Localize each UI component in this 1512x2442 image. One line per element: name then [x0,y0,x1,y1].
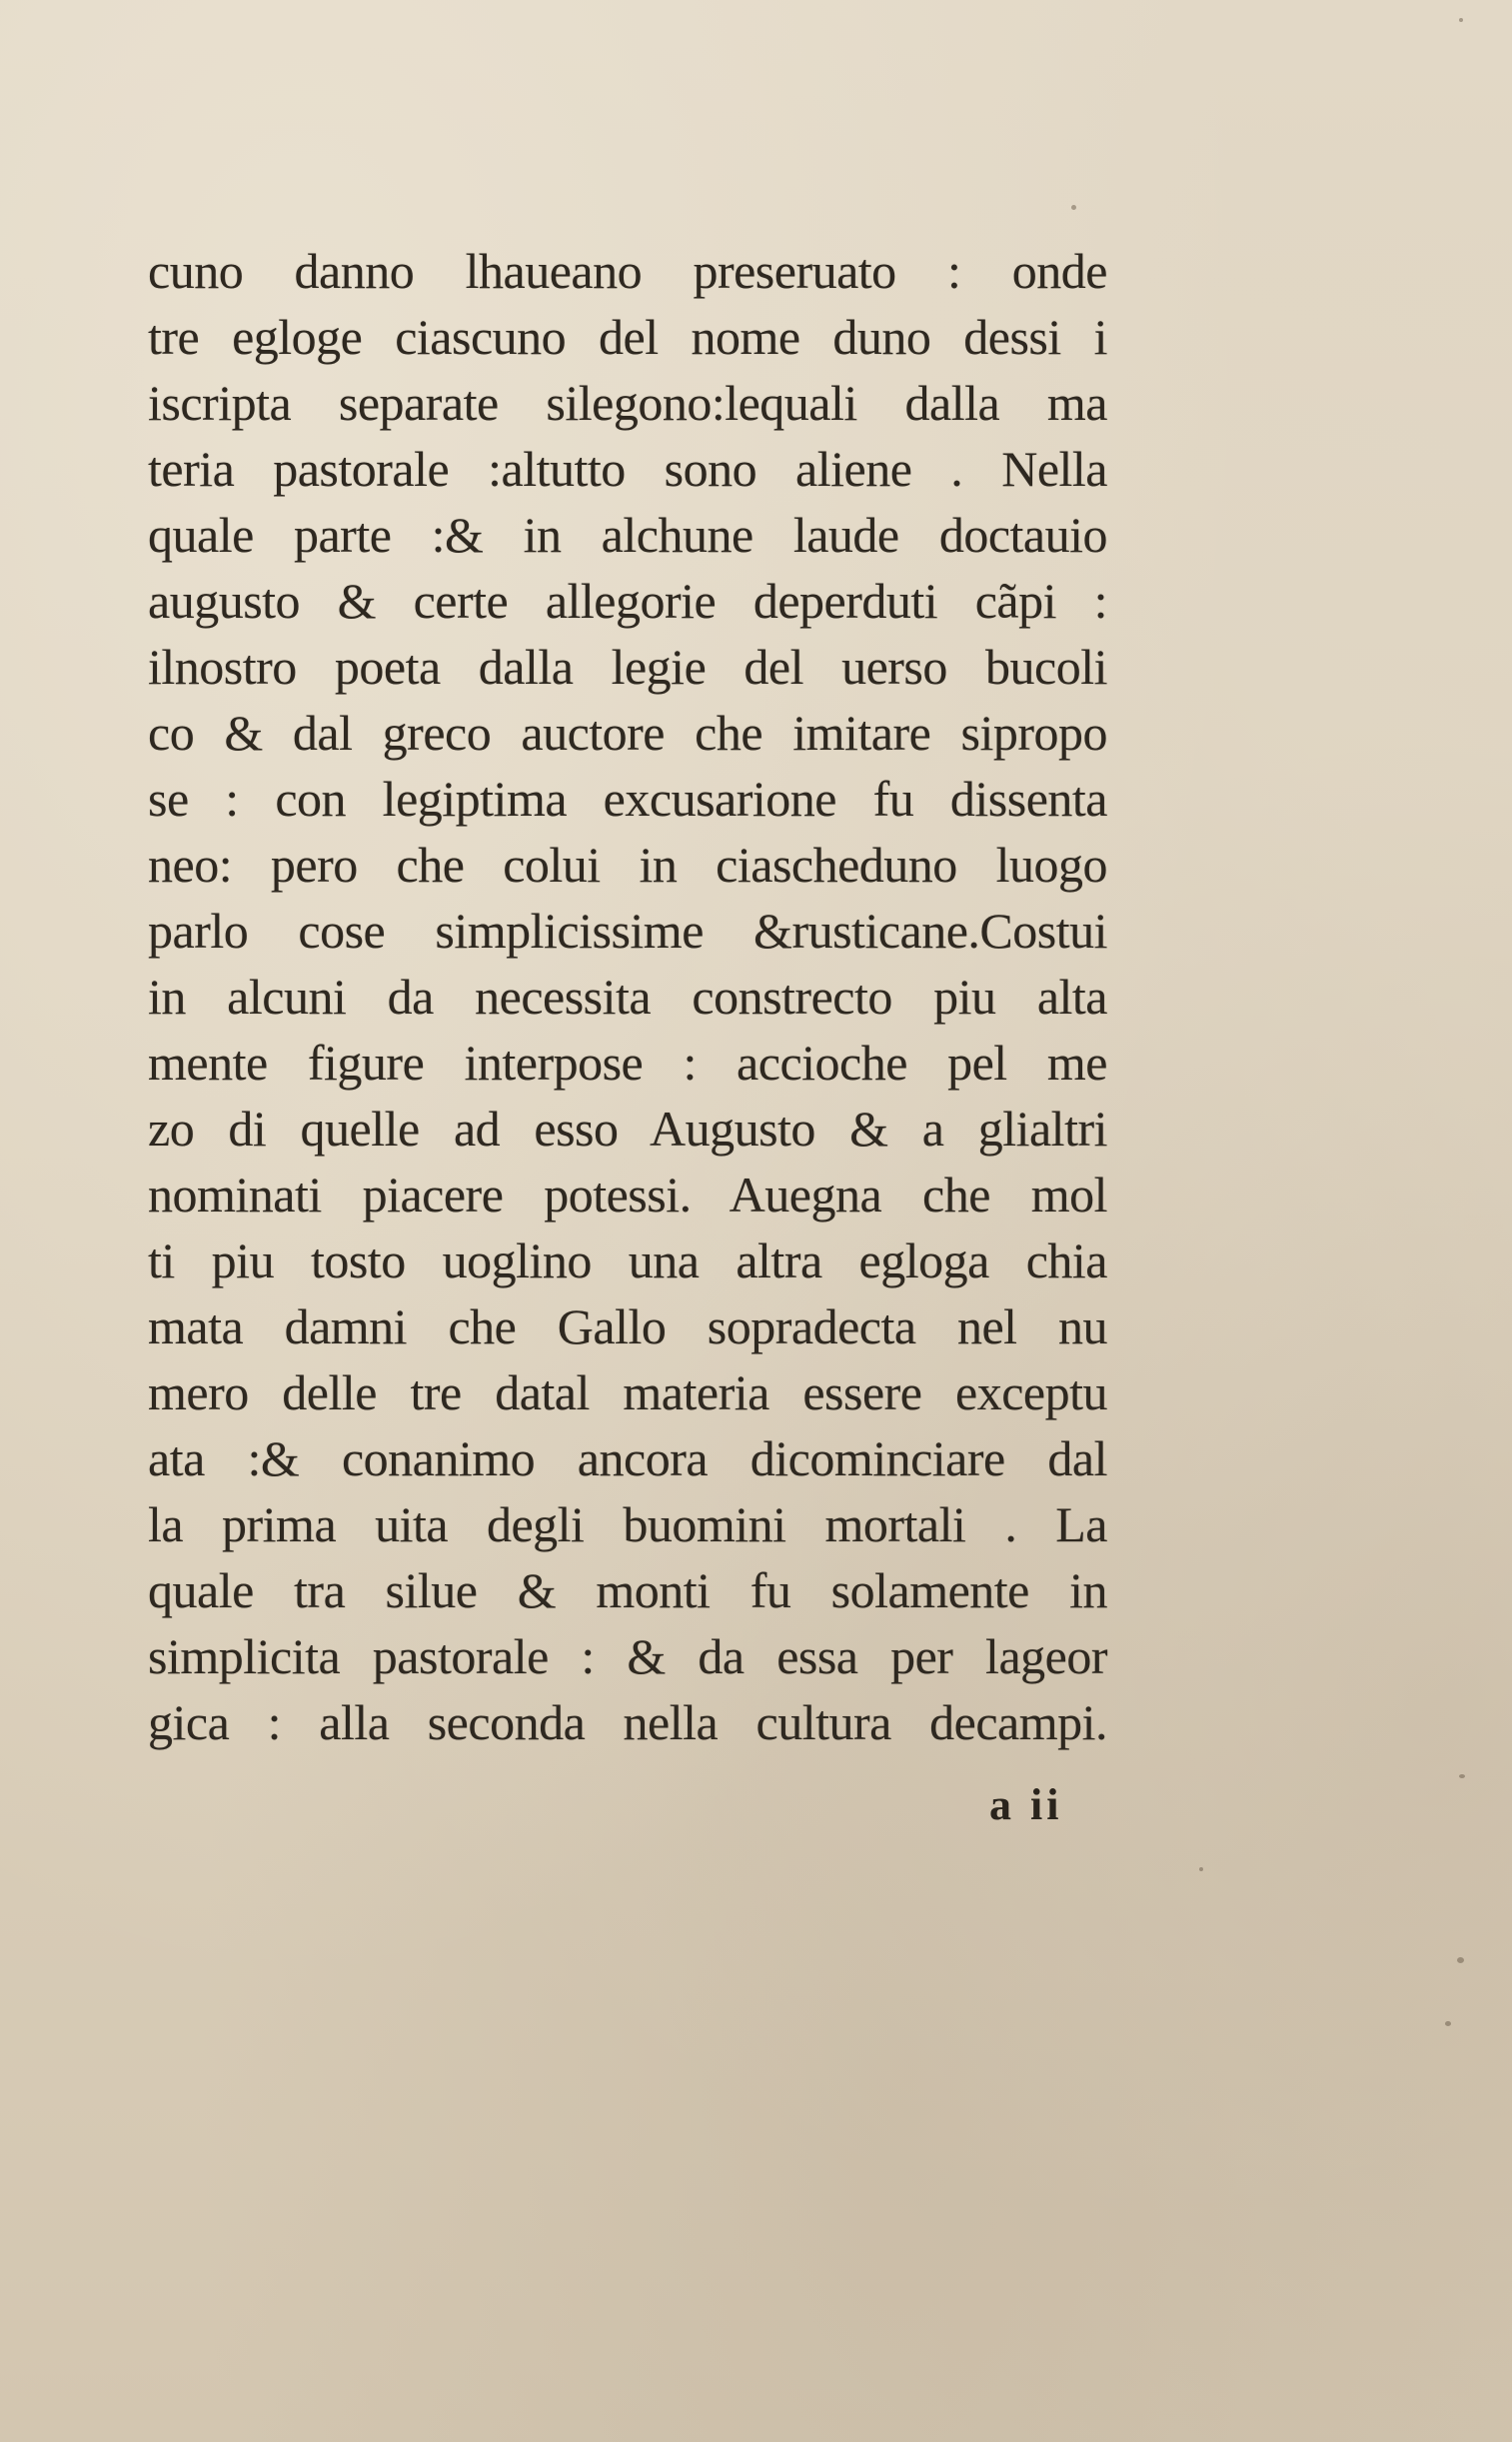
text-line: cuno danno lhaueano preseruato : onde [148,238,1107,304]
text-line: co & dal greco auctore che imitare sipro… [148,700,1107,766]
text-line: zo di quelle ad esso Augusto & a glialtr… [148,1096,1107,1162]
text-line: gica : alla seconda nella cultura decamp… [148,1689,1107,1755]
text-line: mente figure interpose : accioche pel me [148,1030,1107,1096]
text-line: la prima uita degli buomini mortali . La [148,1491,1107,1557]
body-text: cuno danno lhaueano preseruato : onde tr… [148,238,1107,1755]
text-line: neo: pero che colui in ciascheduno luogo [148,832,1107,898]
text-line: ilnostro poeta dalla legie del uerso buc… [148,634,1107,700]
text-line: mero delle tre datal materia essere exce… [148,1359,1107,1425]
text-line: mata damni che Gallo sopradecta nel nu [148,1293,1107,1359]
paper-speck [1199,1867,1203,1871]
paper-speck [1457,1957,1464,1963]
text-line: tre egloge ciascuno del nome duno dessi … [148,304,1107,370]
text-line: augusto & certe allegorie deperduti cãpi… [148,568,1107,634]
signature-mark: a ii [989,1779,1062,1830]
paper-speck [1459,1774,1465,1778]
text-line: nominati piacere potessi. Auegna che mol [148,1162,1107,1227]
paper-speck [1071,205,1076,210]
text-line: parlo cose simplicissime &rusticane.Cost… [148,898,1107,964]
text-line: simplicita pastorale : & da essa per lag… [148,1623,1107,1689]
text-line: teria pastorale :altutto sono aliene . N… [148,436,1107,502]
text-line: in alcuni da necessita constrecto piu al… [148,964,1107,1030]
paper-speck [1445,2021,1451,2026]
book-page: cuno danno lhaueano preseruato : onde tr… [0,0,1512,2442]
text-line: ata :& conanimo ancora dicominciare dal [148,1425,1107,1491]
text-line: quale tra silue & monti fu solamente in [148,1557,1107,1623]
text-line: ti piu tosto uoglino una altra egloga ch… [148,1227,1107,1293]
text-line: quale parte :& in alchune laude doctauio [148,502,1107,568]
text-line: se : con legiptima excusarione fu dissen… [148,766,1107,832]
text-line: iscripta separate silegono:lequali dalla… [148,370,1107,436]
paper-speck [1459,18,1463,22]
